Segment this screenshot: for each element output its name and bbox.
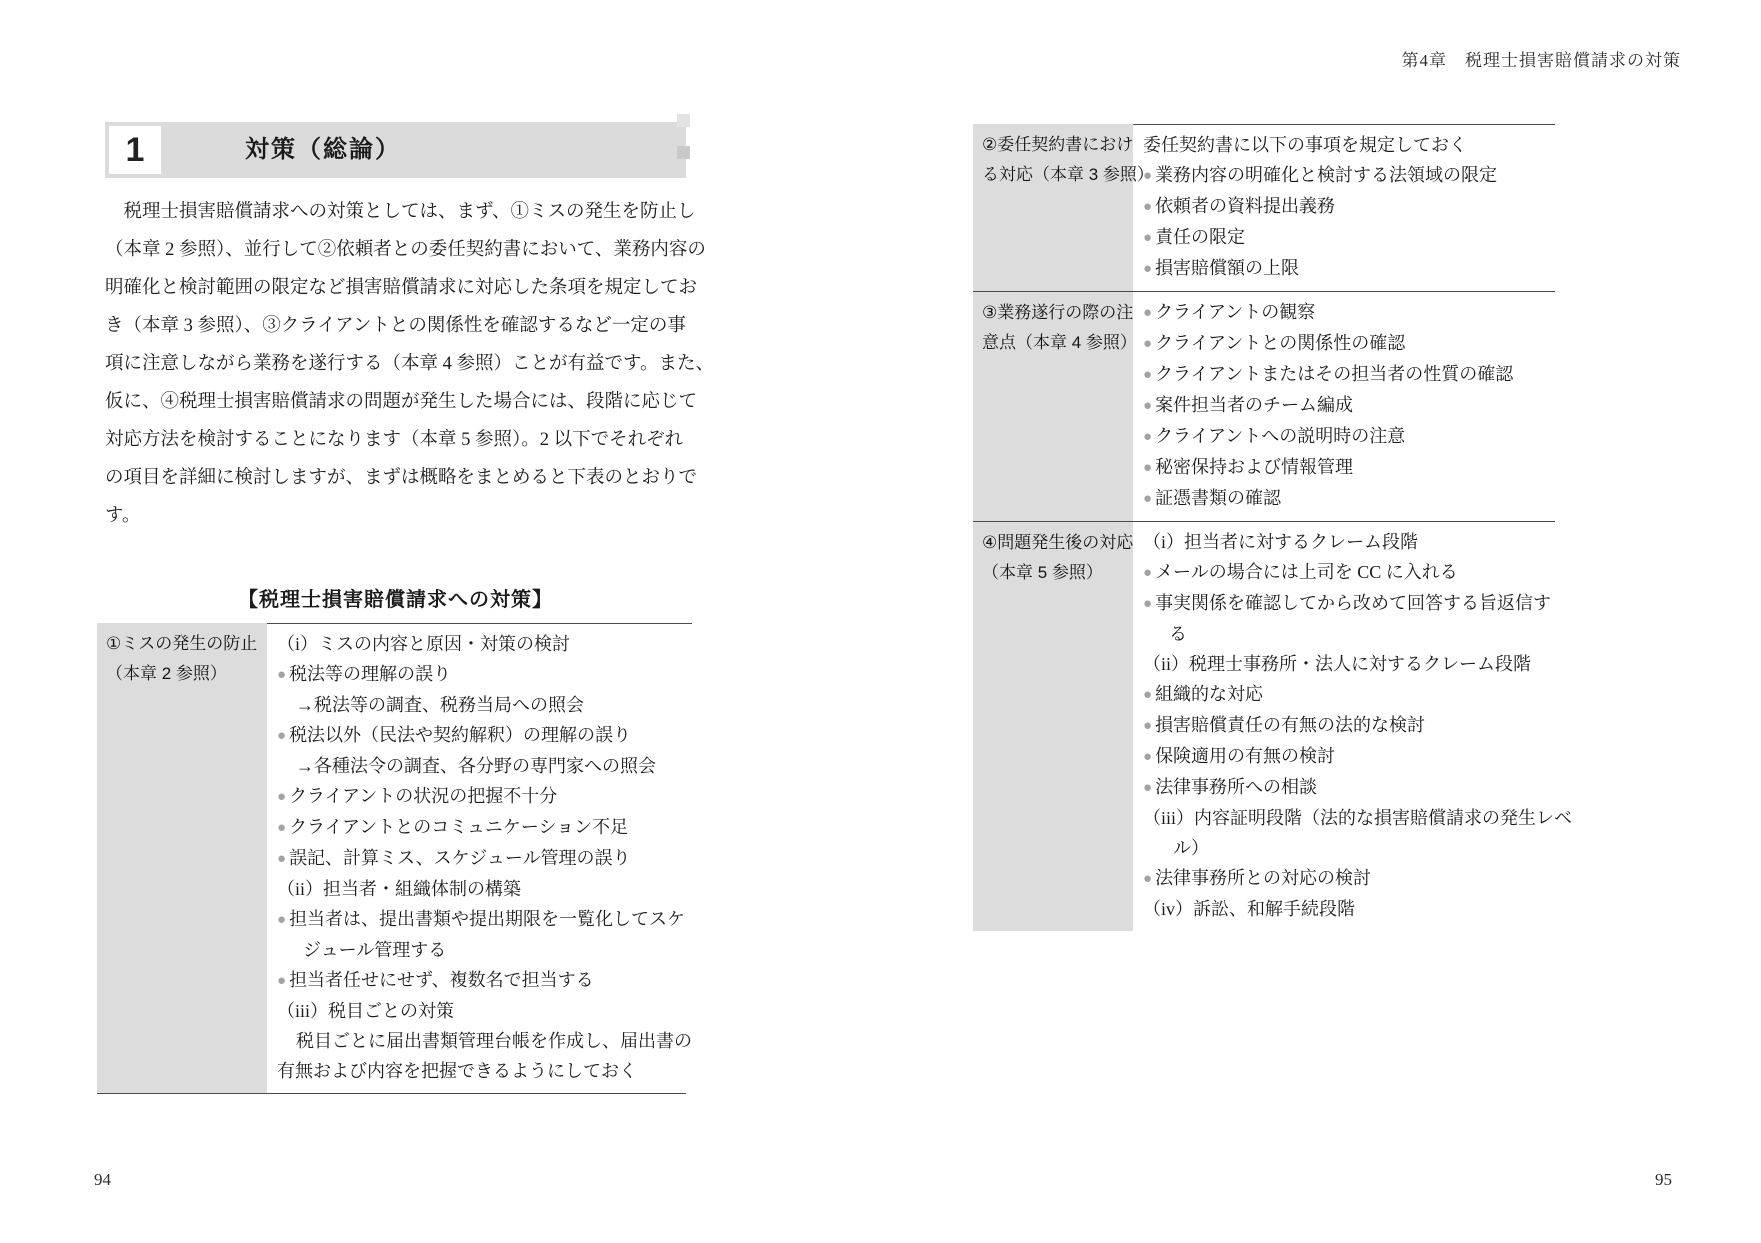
table-line: ●証憑書類の確認 <box>1143 483 1555 514</box>
section-header-bar: 1 対策（総論） <box>105 122 686 178</box>
page-number-left: 94 <box>94 1170 111 1190</box>
table-line: ●クライアントとの関係性の確認 <box>1143 328 1555 359</box>
countermeasures-table-right: ②委任契約書におけ る対応（本章 3 参照） 委任契約書に以下の事項を規定してお… <box>973 124 1555 931</box>
table-line: ●担当者任せにせず、複数名で担当する <box>277 965 692 996</box>
row-content-cell: 委任契約書に以下の事項を規定しておく ●業務内容の明確化と検討する法領域の限定 … <box>1133 124 1555 291</box>
table-line: 税目ごとに届出書類管理台帳を作成し、届出書の <box>277 1026 692 1056</box>
table-line: ●損害賠償責任の有無の法的な検討 <box>1143 710 1572 741</box>
table-line: （iii）税目ごとの対策 <box>277 996 692 1026</box>
row-content-cell: （i）担当者に対するクレーム段階 ●メールの場合には上司を CC に入れる ●事… <box>1133 522 1572 931</box>
bullet-icon: ● <box>1143 336 1152 352</box>
table-line: ●法律事務所への相談 <box>1143 772 1572 803</box>
bullet-icon: ● <box>277 912 286 928</box>
table-line: ●法律事務所との対応の検討 <box>1143 863 1572 894</box>
table-line: ●組織的な対応 <box>1143 679 1572 710</box>
table-line: ●クライアントまたはその担当者の性質の確認 <box>1143 359 1555 390</box>
bullet-icon: ● <box>1143 871 1152 887</box>
table-line: ル） <box>1143 833 1572 863</box>
bullet-icon: ● <box>1143 367 1152 383</box>
row-header-cell: ①ミスの発生の防止 （本章 2 参照） <box>97 623 267 1093</box>
book-spread: { "page": { "chapter_header": "第4章 税理士損害… <box>0 0 1761 1243</box>
table-title: 【税理士損害賠償請求への対策】 <box>105 583 686 612</box>
table-line: （i）担当者に対するクレーム段階 <box>1143 527 1572 557</box>
bullet-icon: ● <box>277 728 286 744</box>
row-header-line: る対応（本章 3 参照） <box>982 160 1133 190</box>
bullet-icon: ● <box>277 667 286 683</box>
row-header-line: ②委任契約書におけ <box>982 130 1133 160</box>
row-header-line: ③業務遂行の際の注 <box>982 298 1133 328</box>
page-number-right: 95 <box>1655 1170 1672 1190</box>
row-content-cell: ●クライアントの観察 ●クライアントとの関係性の確認 ●クライアントまたはその担… <box>1133 292 1555 521</box>
table-line: （iv）訴訟、和解手続段階 <box>1143 894 1572 924</box>
table-line: ●税法以外（民法や契約解釈）の理解の誤り <box>277 720 692 751</box>
table-line: 委任契約書に以下の事項を規定しておく <box>1143 130 1555 160</box>
table-line: ●クライアントの観察 <box>1143 297 1555 328</box>
bullet-icon: ● <box>277 973 286 989</box>
table-line: る <box>1143 619 1572 649</box>
table-line: ジュール管理する <box>277 935 692 965</box>
table-line: ●秘密保持および情報管理 <box>1143 452 1555 483</box>
bullet-icon: ● <box>1143 230 1152 246</box>
countermeasures-table-left: ①ミスの発生の防止 （本章 2 参照） （i）ミスの内容と原因・対策の検討 ●税… <box>97 623 686 1094</box>
table-line: 有無および内容を把握できるようにしておく <box>277 1056 692 1086</box>
bullet-icon: ● <box>1143 305 1152 321</box>
table-line: （i）ミスの内容と原因・対策の検討 <box>277 629 692 659</box>
table-line: ●依頼者の資料提出義務 <box>1143 191 1555 222</box>
bullet-icon: ● <box>277 789 286 805</box>
table-line: ●案件担当者のチーム編成 <box>1143 390 1555 421</box>
table-line: ●メールの場合には上司を CC に入れる <box>1143 557 1572 588</box>
chapter-header: 第4章 税理士損害賠償請求の対策 <box>900 46 1681 71</box>
table-row-work-execution: ③業務遂行の際の注 意点（本章 4 参照） ●クライアントの観察 ●クライアント… <box>973 291 1555 521</box>
bullet-icon: ● <box>1143 168 1152 184</box>
table-line: ●保険適用の有無の検討 <box>1143 741 1572 772</box>
decorative-square-icon <box>677 146 690 159</box>
bullet-icon: ● <box>1143 687 1152 703</box>
row-header-cell: ④問題発生後の対応 （本章 5 参照） <box>973 522 1133 931</box>
bullet-icon: ● <box>1143 199 1152 215</box>
table-line: ●税法等の理解の誤り <box>277 659 692 690</box>
row-header-cell: ②委任契約書におけ る対応（本章 3 参照） <box>973 124 1133 291</box>
table-row-mistake-prevention: ①ミスの発生の防止 （本章 2 参照） （i）ミスの内容と原因・対策の検討 ●税… <box>97 623 686 1093</box>
bullet-icon: ● <box>1143 565 1152 581</box>
bullet-icon: ● <box>1143 398 1152 414</box>
table-line: ●クライアントの状況の把握不十分 <box>277 781 692 812</box>
table-line: →税法等の調査、税務当局への照会 <box>277 690 692 720</box>
table-line: （ii）担当者・組織体制の構築 <box>277 874 692 904</box>
row-header-line: 意点（本章 4 参照） <box>982 328 1133 358</box>
table-line: ●事実関係を確認してから改めて回答する旨返信す <box>1143 588 1572 619</box>
bullet-icon: ● <box>1143 718 1152 734</box>
table-line: ●クライアントとのコミュニケーション不足 <box>277 812 692 843</box>
row-header-line: （本章 5 参照） <box>982 558 1133 588</box>
decorative-square-icon <box>677 114 690 127</box>
table-line: ●損害賠償額の上限 <box>1143 253 1555 284</box>
bullet-icon: ● <box>1143 460 1152 476</box>
bullet-icon: ● <box>1143 596 1152 612</box>
bullet-icon: ● <box>1143 780 1152 796</box>
bullet-icon: ● <box>1143 429 1152 445</box>
table-line: ●担当者は、提出書類や提出期限を一覧化してスケ <box>277 904 692 935</box>
table-line: ●責任の限定 <box>1143 222 1555 253</box>
table-line: （iii）内容証明段階（法的な損害賠償請求の発生レベ <box>1143 803 1572 833</box>
row-header-cell: ③業務遂行の際の注 意点（本章 4 参照） <box>973 292 1133 521</box>
bullet-icon: ● <box>277 820 286 836</box>
table-line: ●誤記、計算ミス、スケジュール管理の誤り <box>277 843 692 874</box>
table-line: ●業務内容の明確化と検討する法領域の限定 <box>1143 160 1555 191</box>
section-number: 1 <box>109 126 161 174</box>
table-row-engagement-letter: ②委任契約書におけ る対応（本章 3 参照） 委任契約書に以下の事項を規定してお… <box>973 124 1555 291</box>
table-line: ●クライアントへの説明時の注意 <box>1143 421 1555 452</box>
bullet-icon: ● <box>1143 491 1152 507</box>
row-header-line: （本章 2 参照） <box>106 659 267 689</box>
intro-paragraph: 税理士損害賠償請求への対策としては、まず、①ミスの発生を防止し （本章 2 参照… <box>105 193 725 535</box>
table-line: →各種法令の調査、各分野の専門家への照会 <box>277 751 692 781</box>
section-title: 対策（総論） <box>245 122 401 178</box>
row-header-line: ④問題発生後の対応 <box>982 528 1133 558</box>
bullet-icon: ● <box>1143 749 1152 765</box>
table-line: （ii）税理士事務所・法人に対するクレーム段階 <box>1143 649 1572 679</box>
bullet-icon: ● <box>1143 261 1152 277</box>
row-header-line: ①ミスの発生の防止 <box>106 629 267 659</box>
table-row-post-problem: ④問題発生後の対応 （本章 5 参照） （i）担当者に対するクレーム段階 ●メー… <box>973 521 1555 931</box>
row-content-cell: （i）ミスの内容と原因・対策の検討 ●税法等の理解の誤り →税法等の調査、税務当… <box>267 623 692 1093</box>
bullet-icon: ● <box>277 851 286 867</box>
